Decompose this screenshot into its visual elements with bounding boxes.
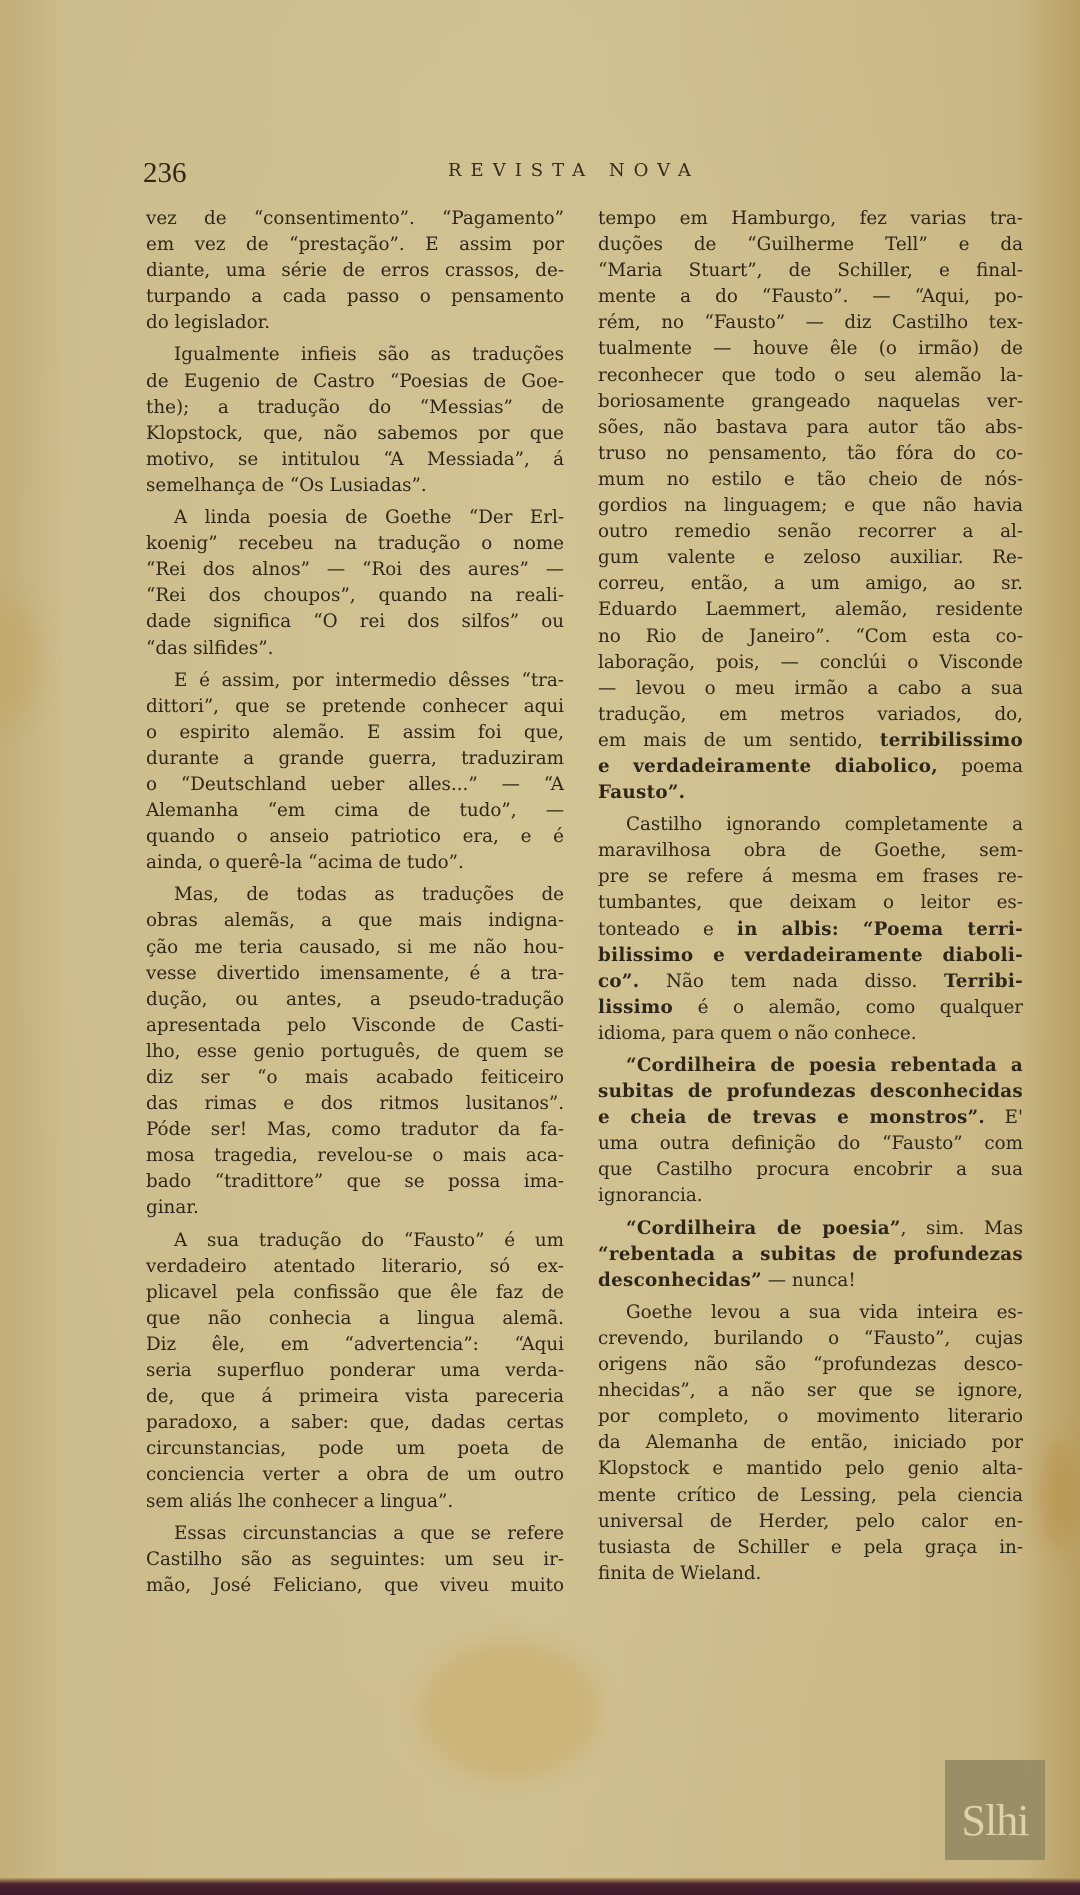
left-column: vez de “consentimento”. “Pagamento”em ve… [146,206,564,1599]
text-line: seria superfluo ponderar uma verda- [146,1358,564,1384]
text-line: Mas, de todas as traduções de [146,882,564,908]
page-header: 236 REVISTA NOVA [143,157,1023,197]
text-line: tusiasta de Schiller e pela graça in- [598,1535,1023,1561]
text-line: diz ser “o mais acabado feiticeiro [146,1065,564,1091]
text-line: gordios na linguagem; e que não havia [598,493,1023,519]
watermark-text: Slhi [962,1795,1029,1846]
text-line: Essas circunstancias a que se refere [146,1521,564,1547]
text-line: “rebentada a subitas de profundezas [598,1242,1023,1268]
text-line: boriosamente grangeado naquelas ver- [598,389,1023,415]
paragraph: A linda poesia de Goethe “Der Erl-koenig… [146,505,564,662]
text-line: conciencia verter a obra de um outro [146,1462,564,1488]
text-line: rém, no “Fausto” — diz Castilho tex- [598,310,1023,336]
text-line: Diz êle, em “advertencia”: “Aqui [146,1332,564,1358]
text-line: em mais de um sentido, terribilissimo [598,728,1023,754]
text-line: truso no pensamento, tão fóra do co- [598,441,1023,467]
text-line: lissimo é o alemão, como qualquer [598,995,1023,1021]
text-line: motivo, se intitulou “A Messiada”, á [146,447,564,473]
text-line: “das silfides”. [146,636,564,662]
text-line: paradoxo, a saber: que, dadas certas [146,1410,564,1436]
text-line: bado “tradittore” que se possa ima- [146,1169,564,1195]
text-line: Igualmente infieis são as traduções [146,342,564,368]
text-line: tualmente — houve êle (o irmão) de [598,336,1023,362]
watermark-logo: Slhi [945,1760,1045,1860]
text-line: A linda poesia de Goethe “Der Erl- [146,505,564,531]
text-line: mão, José Feliciano, que viveu muito [146,1573,564,1599]
text-line: dução, ou antes, a pseudo-tradução [146,987,564,1013]
paragraph: tempo em Hamburgo, fez varias tra-duções… [598,206,1023,806]
text-line: mente crítico de Lessing, pela ciencia [598,1483,1023,1509]
text-line: durante a grande guerra, traduziram [146,746,564,772]
text-line: universal de Herder, pelo calor en- [598,1509,1023,1535]
text-line: correu, então, a um amigo, ao sr. [598,571,1023,597]
text-line: dittori”, que se pretende conhecer aqui [146,694,564,720]
stain [1040,1440,1080,1550]
text-line: subitas de profundezas desconhecidas [598,1079,1023,1105]
text-line: apresentada pelo Visconde de Casti- [146,1013,564,1039]
paragraph: “Cordilheira de poesia”, sim. Mas“rebent… [598,1216,1023,1294]
text-line: o “Deutschland ueber alles...” — “A [146,772,564,798]
text-line: semelhança de “Os Lusiadas”. [146,473,564,499]
text-line: dade significa “O rei dos silfos” ou [146,609,564,635]
stain [420,1640,600,1780]
text-line: Eduardo Laemmert, alemão, residente [598,597,1023,623]
text-line: — levou o meu irmão a cabo a sua [598,676,1023,702]
text-line: nhecidas”, a não ser que se ignore, [598,1378,1023,1404]
text-line: e cheia de trevas e monstros”. E' [598,1105,1023,1131]
text-line: desconhecidas” — nunca! [598,1268,1023,1294]
text-line: tumbantes, que deixam o leitor es- [598,890,1023,916]
text-line: pre se refere á mesma em frases re- [598,864,1023,890]
right-column: tempo em Hamburgo, fez varias tra-duções… [598,206,1023,1587]
text-line: por completo, o movimento literario [598,1404,1023,1430]
text-line: outro remedio senão recorrer a al- [598,519,1023,545]
text-line: plicavel pela confissão que êle faz de [146,1280,564,1306]
text-line: em vez de “prestação”. E assim por [146,232,564,258]
text-line: lho, esse genio português, de quem se [146,1039,564,1065]
text-line: o espirito alemão. E assim foi que, [146,720,564,746]
text-line: Fausto”. [598,780,1023,806]
text-line: crevendo, burilando o “Fausto”, cujas [598,1326,1023,1352]
text-line: tempo em Hamburgo, fez varias tra- [598,206,1023,232]
page-bottom-edge [0,1878,1080,1895]
paragraph: Igualmente infieis são as traduçõesde Eu… [146,342,564,499]
text-line: Póde ser! Mas, como tradutor da fa- [146,1117,564,1143]
text-line: que Castilho procura encobrir a sua [598,1157,1023,1183]
paragraph: Mas, de todas as traduções deobras alemã… [146,882,564,1221]
text-line: sões, não bastava para autor tão abs- [598,415,1023,441]
text-line: mosa tragedia, revelou-se o mais aca- [146,1143,564,1169]
paragraph: E é assim, por intermedio dêsses “tra-di… [146,668,564,877]
text-line: uma outra definição do “Fausto” com [598,1131,1023,1157]
text-line: “Rei dos choupos”, quando na reali- [146,583,564,609]
text-line: Klopstock, que, não sabemos por que [146,421,564,447]
text-line: A sua tradução do “Fausto” é um [146,1228,564,1254]
text-line: finita de Wieland. [598,1561,1023,1587]
text-line: vesse divertido imensamente, é a tra- [146,961,564,987]
text-line: bilissimo e verdadeiramente diaboli- [598,943,1023,969]
text-line: maravilhosa obra de Goethe, sem- [598,838,1023,864]
text-line: mente a do “Fausto”. — “Aqui, po- [598,284,1023,310]
text-line: “Rei dos alnos” — “Roi des aures” — [146,557,564,583]
text-line: koenig” recebeu na tradução o nome [146,531,564,557]
text-line: Castilho ignorando completamente a [598,812,1023,838]
text-line: quando o anseio patriotico era, e é [146,824,564,850]
text-line: Alemanha “em cima de tudo”, — [146,798,564,824]
text-line: da Alemanha de então, iniciado por [598,1430,1023,1456]
text-line: the); a tradução do “Messias” de [146,395,564,421]
text-line: reconhecer que todo o seu alemão la- [598,363,1023,389]
text-line: ginar. [146,1195,564,1221]
text-line: co”. Não tem nada disso. Terribi- [598,969,1023,995]
text-line: “Cordilheira de poesia”, sim. Mas [598,1216,1023,1242]
paragraph: vez de “consentimento”. “Pagamento”em ve… [146,206,564,336]
text-line: ção me teria causado, si me não hou- [146,935,564,961]
text-line: do legislador. [146,310,564,336]
stain [0,600,40,720]
text-line: de, que á primeira vista pareceria [146,1384,564,1410]
text-line: e verdadeiramente diabolico, poema [598,754,1023,780]
text-line: obras alemãs, a que mais indigna- [146,908,564,934]
text-line: diante, uma série de erros crassos, de- [146,258,564,284]
text-line: idioma, para quem o não conhece. [598,1021,1023,1047]
text-line: circunstancias, pode um poeta de [146,1436,564,1462]
text-line: turpando a cada passo o pensamento [146,284,564,310]
text-line: Klopstock e mantido pelo genio alta- [598,1456,1023,1482]
text-line: gum valente e zeloso auxiliar. Re- [598,545,1023,571]
text-line: ainda, o querê-la “acima de tudo”. [146,850,564,876]
text-line: de Eugenio de Castro “Poesias de Goe- [146,369,564,395]
text-line: duções de “Guilherme Tell” e da [598,232,1023,258]
paragraph: “Cordilheira de poesia rebentada asubita… [598,1053,1023,1210]
text-line: no Rio de Janeiro”. “Com esta co- [598,624,1023,650]
running-title: REVISTA NOVA [448,160,700,181]
paragraph: Castilho ignorando completamente amaravi… [598,812,1023,1047]
text-line: E é assim, por intermedio dêsses “tra- [146,668,564,694]
page-number: 236 [143,157,187,190]
text-line: que não conhecia a lingua alemã. [146,1306,564,1332]
text-line: das rimas e dos ritmos lusitanos”. [146,1091,564,1117]
text-line: tonteado e in albis: “Poema terri- [598,917,1023,943]
text-line: vez de “consentimento”. “Pagamento” [146,206,564,232]
paragraph: Essas circunstancias a que se refereCast… [146,1521,564,1599]
text-line: tradução, em metros variados, do, [598,702,1023,728]
text-line: sem aliás lhe conhecer a lingua”. [146,1489,564,1515]
text-line: mum no estilo e tão cheio de nós- [598,467,1023,493]
text-line: “Cordilheira de poesia rebentada a [598,1053,1023,1079]
text-line: laboração, pois, — conclúi o Visconde [598,650,1023,676]
text-line: Castilho são as seguintes: um seu ir- [146,1547,564,1573]
text-line: Goethe levou a sua vida inteira es- [598,1300,1023,1326]
text-line: “Maria Stuart”, de Schiller, e final- [598,258,1023,284]
text-line: ignorancia. [598,1183,1023,1209]
paragraph: Goethe levou a sua vida inteira es-creve… [598,1300,1023,1587]
paragraph: A sua tradução do “Fausto” é umverdadeir… [146,1228,564,1515]
text-line: origens não são “profundezas desco- [598,1352,1023,1378]
text-line: verdadeiro atentado literario, só ex- [146,1254,564,1280]
